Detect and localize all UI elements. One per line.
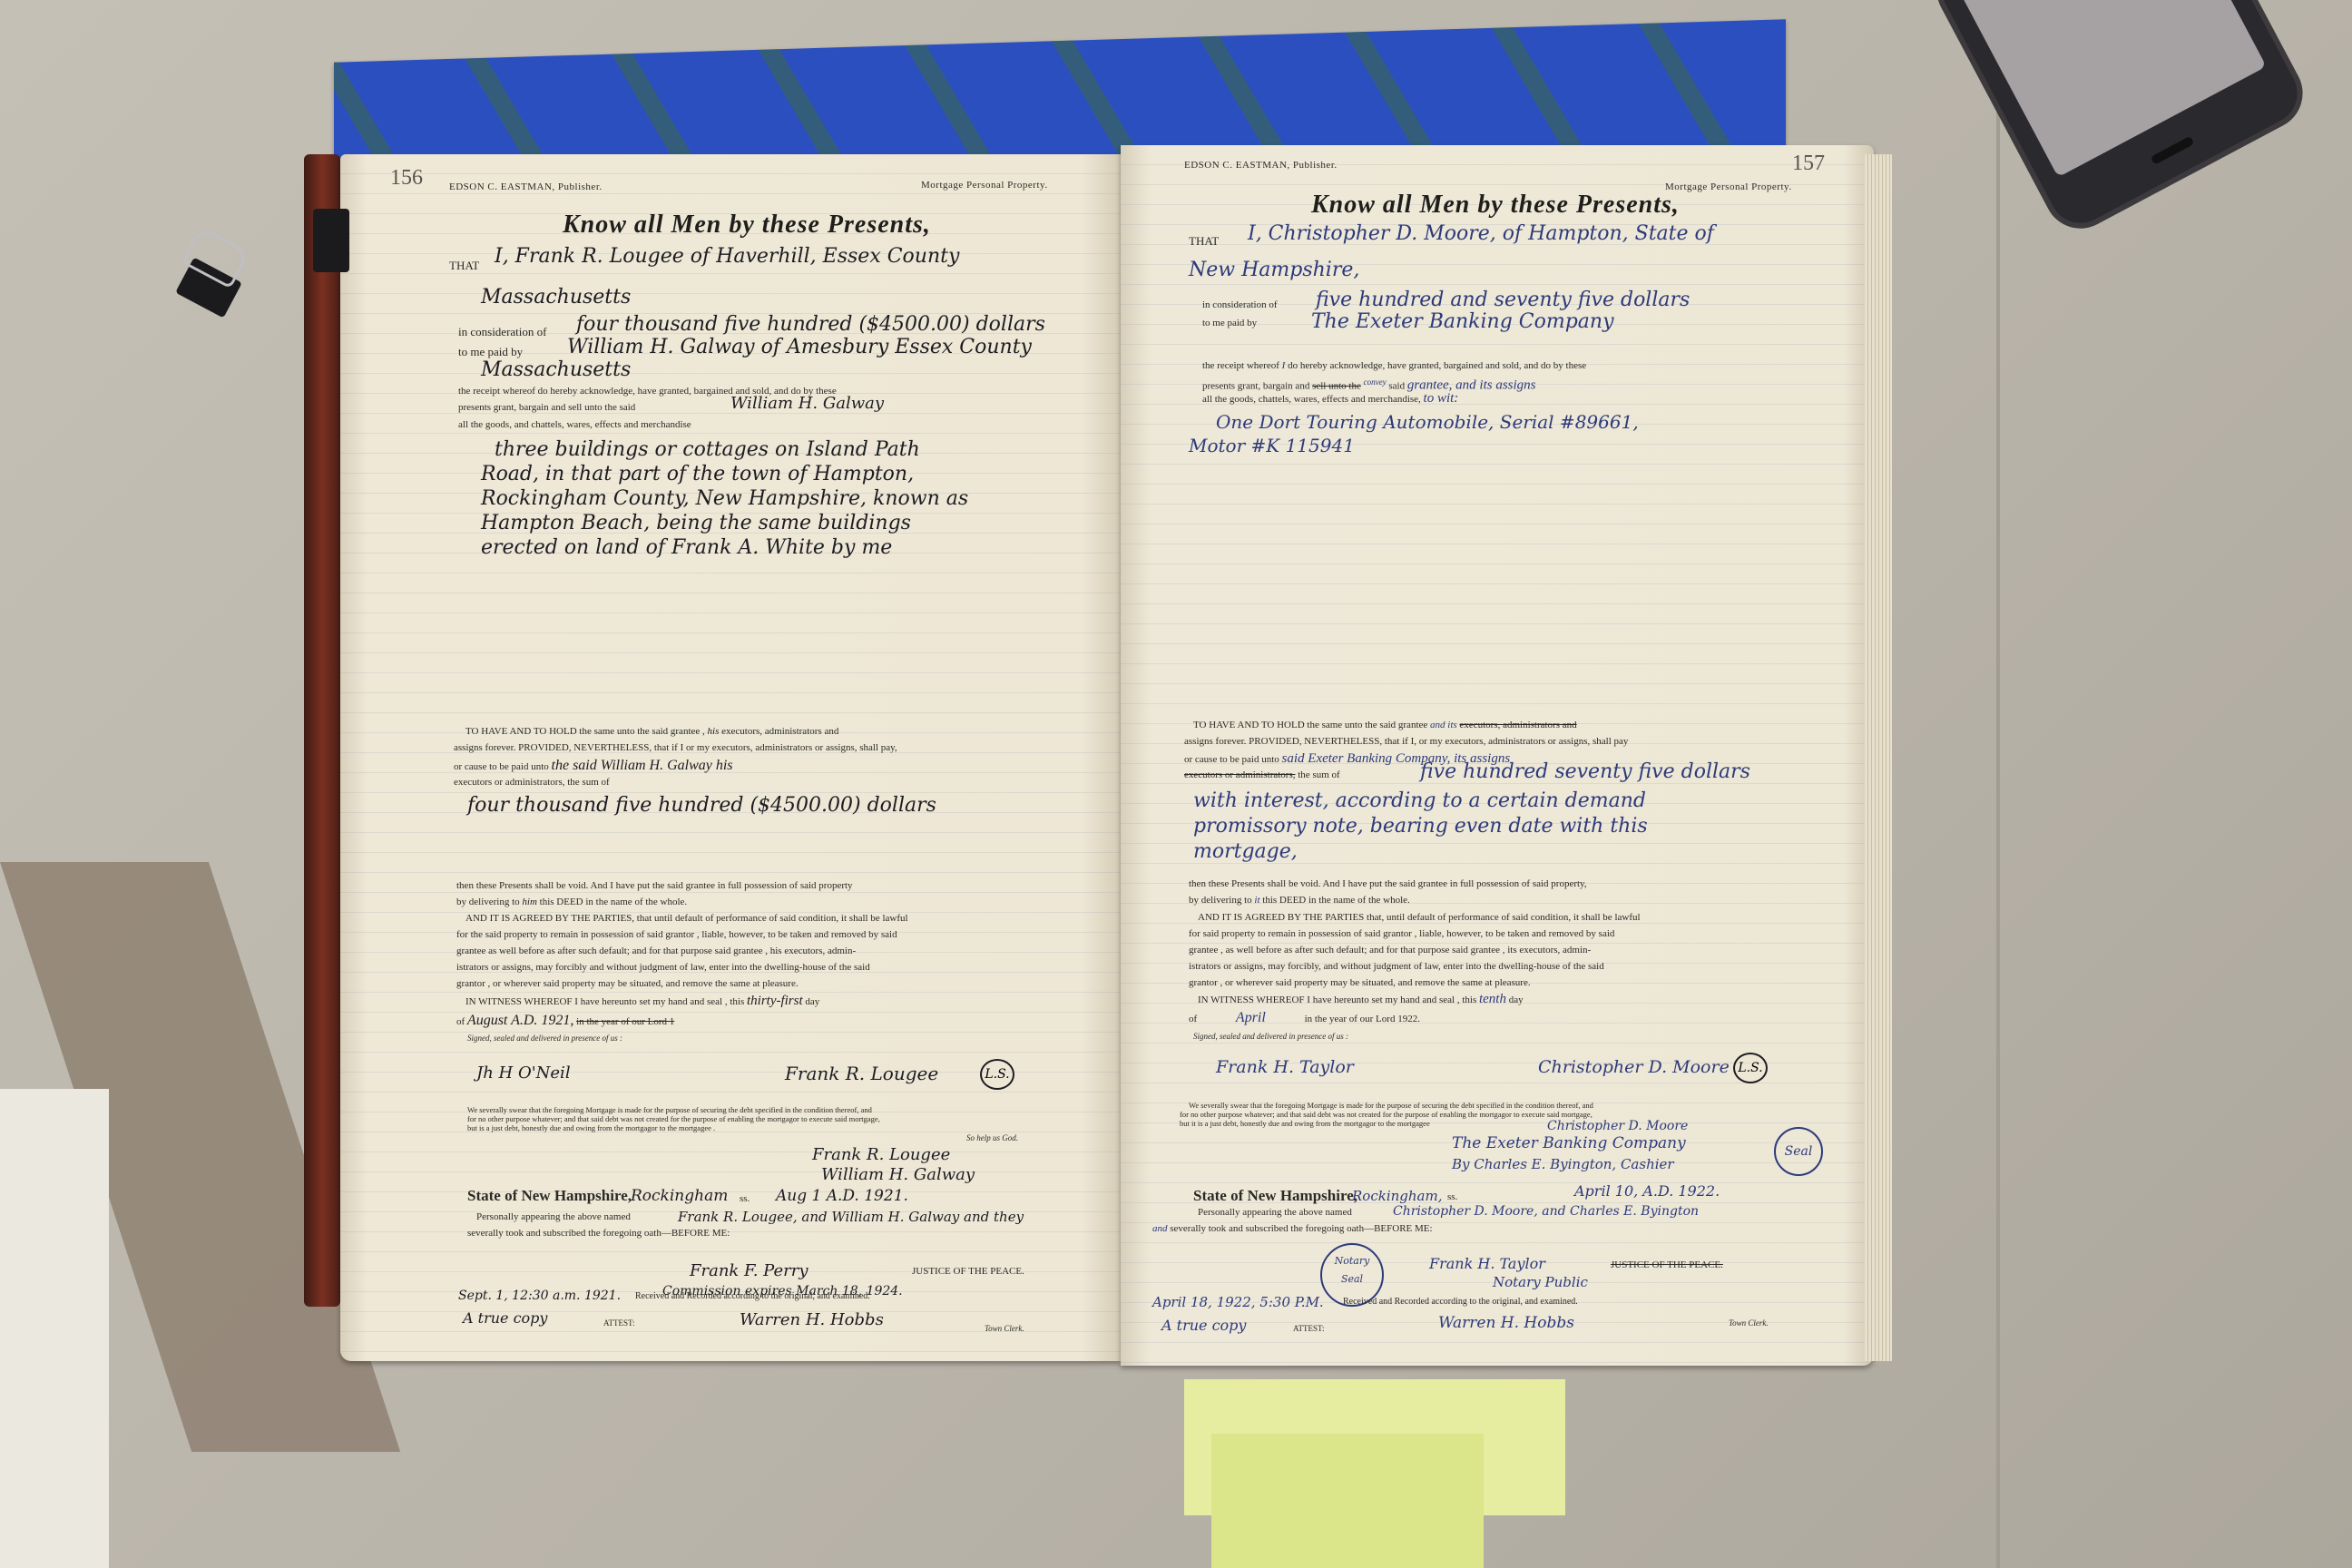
void-clause: then these Presents shall be void. And I… bbox=[1189, 878, 1587, 890]
received-date: Sept. 1, 12:30 a.m. 1921. bbox=[458, 1284, 621, 1308]
sum-amount: four thousand five hundred ($4500.00) do… bbox=[467, 794, 936, 818]
clerk-signature: Warren H. Hobbs bbox=[740, 1308, 884, 1332]
page-number: 157 bbox=[1792, 156, 1825, 171]
sum-amount: with interest, according to a certain de… bbox=[1193, 789, 1646, 813]
grantor-signature: Frank R. Lougee bbox=[785, 1062, 938, 1085]
receipt-text: the receipt whereof I do hereby acknowle… bbox=[1202, 360, 1586, 372]
desk-edge bbox=[1996, 0, 2000, 1568]
received-text: Received and Recorded according to the o… bbox=[635, 1290, 870, 1302]
sum-label: executors or administrators, the sum of bbox=[1184, 769, 1340, 781]
property-line: erected on land of Frank A. White by me bbox=[481, 536, 892, 560]
attest-label: ATTEST: bbox=[603, 1318, 635, 1329]
property-line: Road, in that part of the town of Hampto… bbox=[481, 463, 914, 486]
mortgagee-name: William H. Galway of Amesbury Essex Coun… bbox=[567, 336, 1032, 359]
consideration-amount: five hundred and seventy five dollars bbox=[1316, 289, 1690, 312]
oath-line: for no other purpose whatever; and that … bbox=[467, 1114, 880, 1123]
deliver-clause: by delivering to him this DEED in the na… bbox=[456, 897, 687, 908]
agreed-line: grantee as well before as after such def… bbox=[456, 946, 856, 957]
appearing-label: Personally appearing the above named bbox=[476, 1211, 631, 1223]
oath-signature: By Charles E. Byington, Cashier bbox=[1452, 1152, 1674, 1176]
hold-clause: TO HAVE AND TO HOLD the same unto the sa… bbox=[465, 726, 838, 738]
agreed-line: grantor , or wherever said property may … bbox=[1189, 977, 1531, 989]
attest-label: ATTEST: bbox=[1293, 1323, 1325, 1335]
proviso-text: assigns forever. PROVIDED, NEVERTHELESS,… bbox=[1184, 736, 1628, 748]
subscribed-text: severally took and subscribed the forego… bbox=[467, 1228, 730, 1240]
goods-text: all the goods, and chattels, wares, effe… bbox=[458, 419, 691, 431]
sum-amount: promissory note, bearing even date with … bbox=[1193, 815, 1648, 838]
deliver-clause: by delivering to it this DEED in the nam… bbox=[1189, 895, 1410, 906]
appearing-label: Personally appearing the above named bbox=[1198, 1207, 1352, 1219]
property-line: Hampton Beach, being the same buildings bbox=[481, 512, 911, 535]
mortgagee-name: The Exeter Banking Company bbox=[1311, 310, 1614, 334]
publisher: EDSON C. EASTMAN, Publisher. bbox=[449, 180, 603, 194]
agreed-line: istrators or assigns, may forcibly, and … bbox=[1189, 961, 1604, 973]
sum-amount: mortgage, bbox=[1193, 840, 1298, 864]
witness-signature: Frank H. Taylor bbox=[1216, 1055, 1354, 1079]
state-heading: State of New Hampshire, bbox=[1193, 1189, 1357, 1203]
agreed-line: grantor , or wherever said property may … bbox=[456, 978, 799, 990]
category: Mortgage Personal Property. bbox=[921, 178, 1048, 192]
agreed-line: for the said property to remain in posse… bbox=[456, 929, 897, 941]
that-label: THAT bbox=[449, 259, 479, 273]
agreed-line: grantee , as well before as after such d… bbox=[1189, 945, 1591, 956]
goods-text: all the goods, chattels, wares, effects … bbox=[1202, 393, 1458, 406]
property-line: three buildings or cottages on Island Pa… bbox=[495, 438, 920, 462]
grantor-state: New Hampshire, bbox=[1189, 259, 1359, 282]
clerk-title: Town Clerk. bbox=[985, 1323, 1024, 1335]
property-line: One Dort Touring Automobile, Serial #896… bbox=[1216, 410, 1639, 434]
grantor-signature: Christopher D. Moore bbox=[1538, 1055, 1730, 1079]
oath-line: We severally swear that the foregoing Mo… bbox=[467, 1105, 872, 1114]
ls-seal: L.S. bbox=[1733, 1053, 1768, 1083]
book-cover-spine bbox=[304, 154, 340, 1307]
consideration-label: in consideration of bbox=[458, 325, 546, 339]
justice-title-struck: JUSTICE OF THE PEACE. bbox=[1611, 1259, 1723, 1271]
hold-clause: TO HAVE AND TO HOLD the same unto the sa… bbox=[1193, 720, 1577, 731]
oath-line: We severally swear that the foregoing Mo… bbox=[1189, 1101, 1593, 1110]
justice-title: JUSTICE OF THE PEACE. bbox=[912, 1266, 1024, 1278]
agreed-line: AND IT IS AGREED BY THE PARTIES that, un… bbox=[1198, 912, 1641, 924]
oath-line: for no other purpose whatever; and that … bbox=[1180, 1110, 1592, 1119]
appearing-names: Frank R. Lougee, and William H. Galway a… bbox=[678, 1205, 1024, 1229]
page-title: Know all Men by these Presents, bbox=[1311, 191, 1680, 220]
appearing-names: Christopher D. Moore, and Charles E. Byi… bbox=[1393, 1200, 1699, 1223]
ss-label: ss. bbox=[740, 1193, 750, 1205]
bank-seal: Seal bbox=[1774, 1127, 1823, 1176]
agreed-line: istrators or assigns, may forcibly and w… bbox=[456, 962, 870, 974]
notary-title: Notary Public bbox=[1493, 1270, 1588, 1294]
signed-label: Signed, sealed and delivered in presence… bbox=[1193, 1031, 1348, 1043]
property-line: Motor #K 115941 bbox=[1189, 434, 1355, 457]
witness-signature: Jh H O'Neil bbox=[476, 1062, 571, 1085]
true-copy: A true copy bbox=[463, 1307, 547, 1330]
paid-unto: or cause to be paid unto the said Willia… bbox=[454, 759, 733, 773]
so-help-text: So help us God. bbox=[966, 1132, 1018, 1144]
consideration-amount: four thousand five hundred ($4500.00) do… bbox=[576, 313, 1045, 337]
void-clause: then these Presents shall be void. And I… bbox=[456, 880, 853, 892]
received-date: April 18, 1922, 5:30 P.M. bbox=[1152, 1290, 1324, 1314]
oath-line: but is a just debt, honestly due and owi… bbox=[467, 1123, 715, 1132]
agreed-line: AND IT IS AGREED BY THE PARTIES, that un… bbox=[465, 913, 908, 925]
witness-clause: IN WITNESS WHEREOF I have hereunto set m… bbox=[465, 995, 819, 1008]
grant-text: presents grant, bargain and sell unto th… bbox=[458, 402, 635, 414]
clerk-signature: Warren H. Hobbs bbox=[1438, 1311, 1574, 1335]
binder-clip-on-page[interactable] bbox=[313, 209, 349, 272]
sum-amount: five hundred seventy five dollars bbox=[1420, 760, 1750, 784]
consideration-label: in consideration of bbox=[1202, 299, 1277, 311]
mortgagee-state: Massachusetts bbox=[481, 358, 631, 382]
grantor-state: Massachusetts bbox=[481, 286, 631, 309]
clerk-title: Town Clerk. bbox=[1729, 1318, 1769, 1329]
grant-text: presents grant, bargain and sell unto th… bbox=[1202, 377, 1536, 393]
sum-label: executors or administrators, the sum of bbox=[454, 777, 610, 789]
witness-date: of August A.D. 1921, in the year of our … bbox=[456, 1014, 674, 1028]
agreed-line: for said property to remain in possessio… bbox=[1189, 928, 1614, 940]
oath-line: but it is a just debt, honestly due and … bbox=[1180, 1119, 1430, 1128]
left-page: 156 EDSON C. EASTMAN, Publisher. Mortgag… bbox=[340, 154, 1121, 1361]
category: Mortgage Personal Property. bbox=[1665, 180, 1792, 194]
true-copy: A true copy bbox=[1161, 1314, 1246, 1338]
paid-by-label: to me paid by bbox=[458, 345, 523, 359]
page-number: 156 bbox=[390, 171, 423, 185]
proviso-text: assigns forever. PROVIDED, NEVERTHELESS,… bbox=[454, 742, 897, 754]
publisher: EDSON C. EASTMAN, Publisher. bbox=[1184, 158, 1338, 172]
signed-label: Signed, sealed and delivered in presence… bbox=[467, 1033, 622, 1044]
paid-by-label: to me paid by bbox=[1202, 318, 1257, 329]
sticky-note[interactable] bbox=[1211, 1434, 1484, 1568]
page-edges bbox=[1865, 154, 1892, 1361]
grantee-name: William H. Galway bbox=[730, 392, 884, 416]
right-page: EDSON C. EASTMAN, Publisher. 157 Mortgag… bbox=[1121, 145, 1874, 1366]
phone-speaker-icon bbox=[2151, 136, 2195, 165]
that-label: THAT bbox=[1189, 234, 1219, 249]
state-heading: State of New Hampshire, bbox=[467, 1189, 632, 1203]
witness-clause: IN WITNESS WHEREOF I have hereunto set m… bbox=[1198, 994, 1524, 1006]
grantor-name: I, Christopher D. Moore, of Hampton, Sta… bbox=[1248, 222, 1714, 246]
page-title: Know all Men by these Presents, bbox=[563, 211, 931, 240]
received-text: Received and Recorded according to the o… bbox=[1343, 1296, 1578, 1308]
witness-date: of April in the year of our Lord 1922. bbox=[1189, 1012, 1420, 1025]
grantor-name: I, Frank R. Lougee of Haverhill, Essex C… bbox=[495, 245, 959, 269]
property-line: Rockingham County, New Hampshire, known … bbox=[481, 487, 968, 511]
ls-seal: L.S. bbox=[980, 1059, 1014, 1090]
loose-paper bbox=[0, 1089, 109, 1568]
subscribed-text: and severally took and subscribed the fo… bbox=[1152, 1223, 1433, 1235]
